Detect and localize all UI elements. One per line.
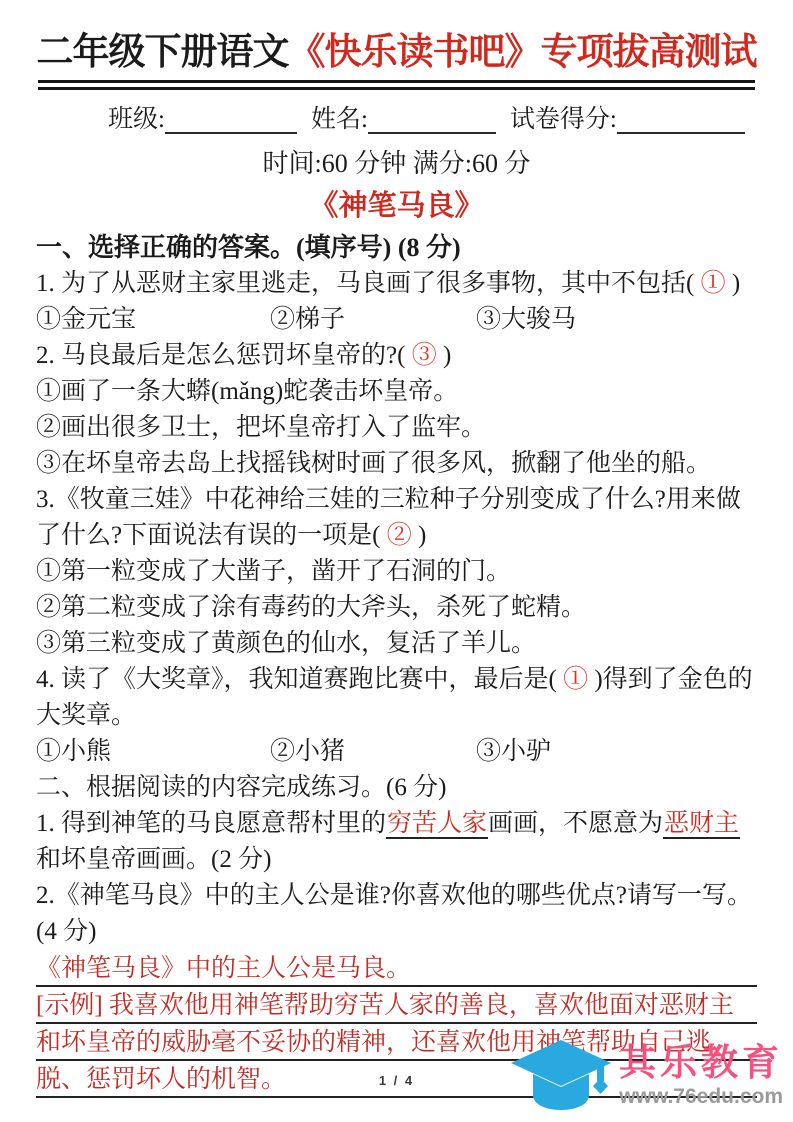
option-item: ③大骏马 [476, 302, 576, 338]
section-two-question-2: 2.《神笔马良》中的主人公是谁?你喜欢他的哪些优点?请写一写。(4 分) [36, 878, 757, 950]
title-topic-part: 《快乐读书吧》专项拔高测试 [289, 32, 757, 73]
option-item: ②画出很多卫士，把坏皇帝打入了监牢。 [36, 410, 757, 446]
answer-line: 《神笔马良》中的主人公是马良。 [36, 950, 757, 987]
option-item: ②小猪 [270, 734, 476, 770]
brand-url: www.76edu.com [619, 1085, 783, 1109]
option-item: ②第二粒变成了涂有毒药的大斧头，杀死了蛇精。 [36, 590, 757, 626]
page-title: 二年级下册语文《快乐读书吧》专项拔高测试 [24, 30, 769, 76]
score-label: 试卷得分: [510, 106, 617, 134]
title-divider [38, 80, 755, 90]
s2q1-seg1: 1. 得到神笔的马良愿意帮村里的 [36, 810, 386, 837]
question-1-close: ) [726, 270, 741, 297]
title-course-part: 二年级下册语文 [37, 32, 289, 73]
option-item: ③第三粒变成了黄颜色的仙水，复活了羊儿。 [36, 626, 757, 662]
test-paper-page: 二年级下册语文《快乐读书吧》专项拔高测试 班级: 姓名: 试卷得分: 时间:60… [0, 0, 793, 1122]
paper-content: 一、选择正确的答案。(填序号) (8 分) 1. 为了从恶财主家里逃走，马良画了… [0, 224, 793, 1098]
question-1-answer: ① [701, 270, 726, 297]
s2q1-seg2: 画画，不愿意为 [488, 810, 663, 837]
s2q1-seg3: 和坏皇帝画画。(2 分) [36, 846, 271, 873]
book-title: 《神笔马良》 [0, 183, 793, 224]
question-4-options: ①小熊 ②小猪 ③小驴 [36, 734, 757, 770]
question-1-text: 1. 为了从恶财主家里逃走，马良画了很多事物，其中不包括( [36, 270, 701, 297]
section-two-heading: 二、根据阅读的内容完成练习。(6 分) [36, 770, 757, 806]
option-item: ①第一粒变成了大凿子，凿开了石洞的门。 [36, 554, 757, 590]
question-4-answer: ① [563, 666, 588, 693]
question-3-answer: ② [387, 522, 412, 549]
option-item: ③小驴 [476, 734, 551, 770]
question-4-text: 4. 读了《大奖章》，我知道赛跑比赛中，最后是( [36, 666, 563, 693]
class-blank[interactable] [165, 106, 297, 134]
name-label: 姓名: [311, 106, 368, 134]
publisher-logo: 其乐教育 www.76edu.com [509, 1038, 783, 1114]
section-one-heading: 一、选择正确的答案。(填序号) (8 分) [36, 230, 757, 266]
s2q1-fill-answer: 穷苦人家 [386, 810, 488, 839]
question-4: 4. 读了《大奖章》，我知道赛跑比赛中，最后是( ① )得到了金色的大奖章。 [36, 662, 757, 734]
brand-text-block: 其乐教育 www.76edu.com [619, 1043, 783, 1109]
option-item: ②梯子 [270, 302, 476, 338]
time-info: 时间:60 分钟 满分:60 分 [0, 143, 793, 180]
question-1: 1. 为了从恶财主家里逃走，马良画了很多事物，其中不包括( ① ) [36, 266, 757, 302]
student-info-row: 班级: 姓名: 试卷得分: [108, 106, 745, 134]
question-1-options: ①金元宝 ②梯子 ③大骏马 [36, 302, 757, 338]
question-2-close: ) [437, 342, 452, 369]
score-blank[interactable] [617, 106, 745, 134]
question-2: 2. 马良最后是怎么惩罚坏皇帝的?( ③ ) [36, 338, 757, 374]
option-item: ③在坏皇帝去岛上找摇钱树时画了很多风，掀翻了他坐的船。 [36, 446, 757, 482]
graduation-cap-icon [509, 1038, 613, 1114]
brand-name: 其乐教育 [619, 1043, 783, 1083]
option-item: ①小熊 [36, 734, 270, 770]
section-two-question-1: 1. 得到神笔的马良愿意帮村里的穷苦人家画画，不愿意为恶财主和坏皇帝画画。(2 … [36, 806, 757, 878]
class-label: 班级: [108, 106, 165, 134]
option-item: ①金元宝 [36, 302, 270, 338]
s2q1-fill-answer: 恶财主 [663, 810, 740, 839]
question-3-close: ) [412, 522, 427, 549]
question-2-answer: ③ [412, 342, 437, 369]
question-2-text: 2. 马良最后是怎么惩罚坏皇帝的?( [36, 342, 412, 369]
question-3: 3.《牧童三娃》中花神给三娃的三粒种子分别变成了什么?用来做了什么?下面说法有误… [36, 482, 757, 554]
name-blank[interactable] [368, 106, 496, 134]
option-item: ①画了一条大蟒(mǎng)蛇袭击坏皇帝。 [36, 374, 757, 410]
